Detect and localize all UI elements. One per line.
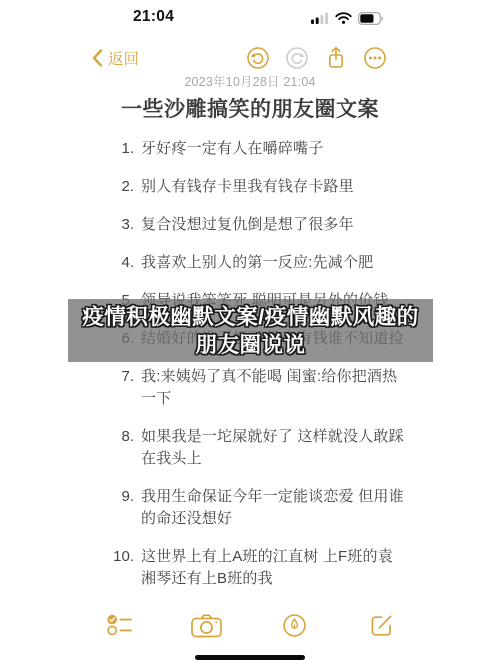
more-icon[interactable]	[362, 45, 388, 71]
list-item-text: 我:来姨妈了真不能喝 闺蜜:给你把酒热一下	[141, 366, 408, 410]
list-item[interactable]: 7. 我:来姨妈了真不能喝 闺蜜:给你把酒热一下	[108, 366, 408, 410]
list-item-text: 牙好疼一定有人在嚼碎嘴子	[141, 138, 408, 160]
undo-icon[interactable]	[245, 45, 271, 71]
list-item-text: 复合没想过复仇倒是想了很多年	[141, 214, 408, 236]
status-time: 21:04	[133, 8, 174, 26]
checklist-icon[interactable]	[103, 609, 135, 641]
camera-icon[interactable]	[191, 609, 223, 641]
back-button-label: 返回	[108, 47, 139, 69]
bottom-toolbar	[103, 608, 398, 642]
list-item-text: 如果我是一坨屎就好了 这样就没人敢踩在我头上	[141, 426, 408, 470]
list-item-text: 我用生命保证今年一定能谈恋爱 但用谁的命还没想好	[141, 486, 408, 530]
nav-bar: 返回	[0, 45, 500, 73]
list-item[interactable]: 10. 这世界上有上A班的江直树 上F班的袁湘琴还有上B班的我	[108, 546, 408, 590]
watermark-overlay: 疫情积极幽默文案/疫情幽默风趣的 朋友圈说说	[68, 299, 433, 362]
notes-app-screen: 21:04	[0, 0, 500, 666]
watermark-line-2: 朋友圈说说	[195, 331, 305, 359]
chevron-left-icon	[92, 49, 103, 67]
list-item-number: 10.	[108, 546, 134, 590]
list-item-text: 这世界上有上A班的江直树 上F班的袁湘琴还有上B班的我	[141, 546, 408, 590]
list-item[interactable]: 2. 别人有钱存卡里我有钱存卡路里	[108, 176, 408, 198]
wifi-icon	[335, 12, 352, 24]
status-bar: 21:04	[0, 0, 500, 34]
list-item-number: 1.	[108, 138, 134, 160]
list-item[interactable]: 3. 复合没想过复仇倒是想了很多年	[108, 214, 408, 236]
list-item-text: 别人有钱存卡里我有钱存卡路里	[141, 176, 408, 198]
list-item-number: 7.	[108, 366, 134, 410]
list-item-number: 2.	[108, 176, 134, 198]
watermark-line-1: 疫情积极幽默文案/疫情幽默风趣的	[82, 303, 418, 331]
cellular-signal-icon	[311, 12, 329, 24]
list-item-number: 9.	[108, 486, 134, 530]
redo-icon	[284, 45, 310, 71]
list-item-number: 4.	[108, 252, 134, 274]
share-icon[interactable]	[323, 45, 349, 71]
list-item[interactable]: 1. 牙好疼一定有人在嚼碎嘴子	[108, 138, 408, 160]
battery-icon	[358, 12, 384, 25]
note-date: 2023年10月28日 21:04	[0, 72, 500, 90]
list-item[interactable]: 8. 如果我是一坨屎就好了 这样就没人敢踩在我头上	[108, 426, 408, 470]
back-button[interactable]: 返回	[92, 47, 139, 69]
note-title[interactable]: 一些沙雕搞笑的朋友圈文案	[40, 93, 460, 123]
markup-icon[interactable]	[278, 609, 310, 641]
note-body[interactable]: 1. 牙好疼一定有人在嚼碎嘴子 2. 别人有钱存卡里我有钱存卡路里 3. 复合没…	[108, 138, 408, 606]
list-item-number: 3.	[108, 214, 134, 236]
home-indicator[interactable]	[195, 655, 305, 660]
list-item[interactable]: 9. 我用生命保证今年一定能谈恋爱 但用谁的命还没想好	[108, 486, 408, 530]
list-item[interactable]: 4. 我喜欢上别人的第一反应:先减个肥	[108, 252, 408, 274]
list-item-text: 我喜欢上别人的第一反应:先减个肥	[141, 252, 408, 274]
compose-icon[interactable]	[366, 609, 398, 641]
list-item-number: 8.	[108, 426, 134, 470]
